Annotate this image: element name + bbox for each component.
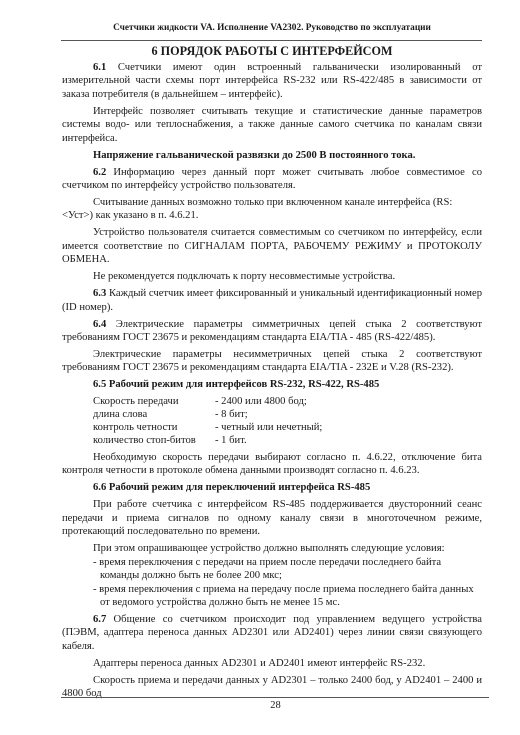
paragraph-compatibility: Устройство пользователя считается совмес… [62,226,482,266]
clause-number: 6.4 [93,319,106,330]
section-title: 6 ПОРЯДОК РАБОТЫ С ИНТЕРФЕЙСОМ [62,44,482,58]
paragraph-rs232-params: Электрические параметры несимметричных ц… [62,348,482,375]
clause-number: 6.2 [93,167,106,178]
paragraph-text: Каждый счетчик имеет фиксированный и уни… [62,288,482,312]
param-row: контроль четности- четный или нечетный; [93,421,482,434]
paragraph-adapters: Адаптеры переноса данных AD2301 и AD2401… [62,657,482,670]
running-header: Счетчики жидкости VA. Исполнение VA2302.… [62,22,482,34]
param-value: - 2400 или 4800 бод; [215,395,307,408]
param-label: длина слова [93,408,215,421]
param-value: - четный или нечетный; [215,421,322,434]
document-page: Счетчики жидкости VA. Исполнение VA2302.… [0,0,520,735]
clause-number: 6.7 [93,614,106,625]
paragraph-text: Информацию через данный порт может считы… [62,167,482,191]
paragraph-6-2: 6.2 Информацию через данный порт может с… [62,166,482,193]
paragraph-6-7: 6.7 Общение со счетчиком происходит под … [62,613,482,653]
param-label: количество стоп-битов [93,434,215,447]
paragraph-warning: Не рекомендуется подключать к порту несо… [62,270,482,283]
isolation-voltage-note: Напряжение гальванической развязки до 25… [62,149,482,162]
param-row: количество стоп-битов- 1 бит. [93,434,482,447]
paragraph-text: Счетчики имеют один встроенный гальванич… [62,62,482,100]
clause-number: 6.3 [93,288,106,299]
paragraph-6-3: 6.3 Каждый счетчик имеет фиксированный и… [62,287,482,314]
heading-6-6: 6.6 Рабочий режим для переключений интер… [62,481,482,494]
paragraph-speed-selection: Необходимую скорость передачи выбирают с… [62,451,482,478]
param-row: Скорость передачи- 2400 или 4800 бод; [93,395,482,408]
param-row: длина слова- 8 бит; [93,408,482,421]
page-number: 28 [62,700,489,712]
footer-rule [61,697,489,698]
serial-params-table: Скорость передачи- 2400 или 4800 бод; дл… [93,395,482,447]
paragraph-reading-condition: Считывание данных возможно только при вк… [62,196,482,223]
condition-item: - время переключения с приема на передач… [62,583,482,610]
paragraph-6-1: 6.1 Счетчики имеют один встроенный гальв… [62,61,482,101]
header-rule [61,40,482,41]
conditions-lead: При этом опрашивающее устройство должно … [62,542,482,555]
paragraph-text: Электрические параметры симметричных цеп… [62,319,482,343]
paragraph-6-4: 6.4 Электрические параметры симметричных… [62,318,482,345]
polling-conditions: При этом опрашивающее устройство должно … [62,542,482,609]
param-label: Скорость передачи [93,395,215,408]
condition-item: - время переключения с передачи на прием… [62,556,482,583]
paragraph-text: Общение со счетчиком происходит под упра… [62,614,482,652]
param-value: - 1 бит. [215,434,247,447]
page-content: 6 ПОРЯДОК РАБОТЫ С ИНТЕРФЕЙСОМ 6.1 Счетч… [62,44,482,704]
param-value: - 8 бит; [215,408,248,421]
paragraph-rs485-session: При работе счетчика с интерфейсом RS-485… [62,498,482,538]
clause-number: 6.1 [93,62,106,73]
heading-6-5: 6.5 Рабочий режим для интерфейсов RS-232… [62,378,482,391]
param-label: контроль четности [93,421,215,434]
paragraph-interface-description: Интерфейс позволяет считывать текущие и … [62,105,482,145]
